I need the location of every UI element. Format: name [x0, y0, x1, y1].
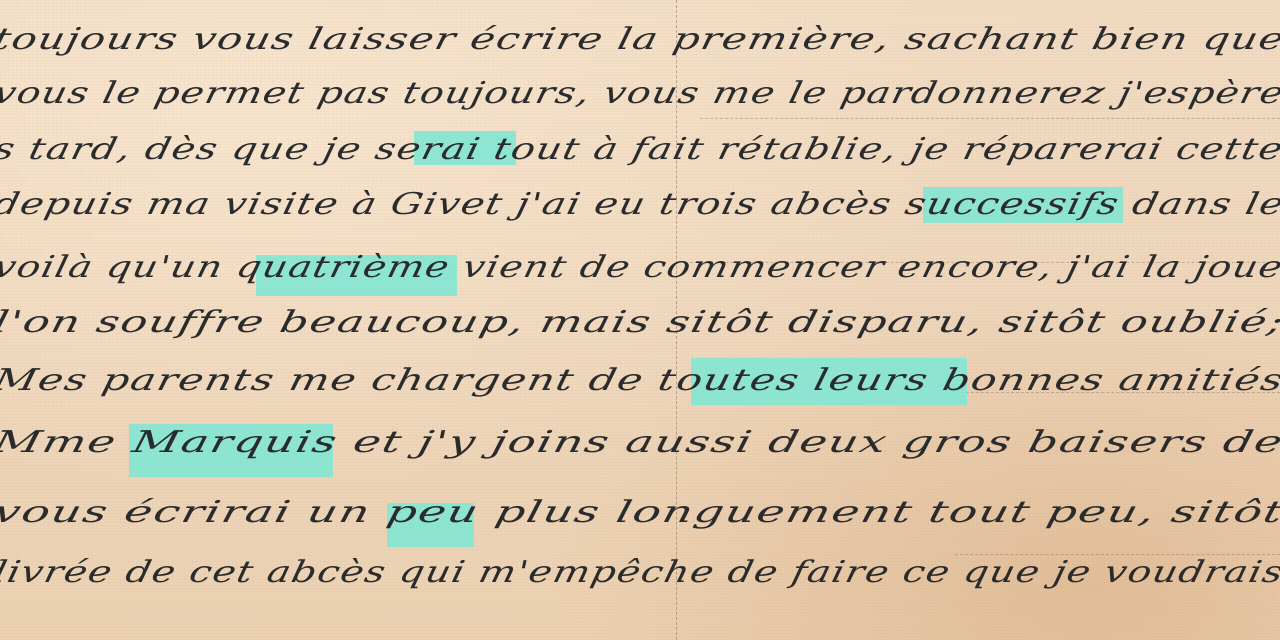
handwritten-line: depuis ma visite à Givet j'ai eu trois a…: [0, 187, 1280, 222]
handwritten-line: vous écrirai un peu plus longuement tout…: [0, 495, 1280, 530]
handwritten-line: toujours vous laisser écrire la première…: [0, 22, 1280, 57]
handwritten-line: Mme Marquis et j'y joins aussi deux gros…: [0, 425, 1280, 460]
handwritten-line: l'on souffre beaucoup, mais sitôt dispar…: [0, 305, 1280, 340]
handwritten-line: livrée de cet abcès qui m'empêche de fai…: [0, 555, 1280, 590]
handwritten-line: Mes parents me chargent de toutes leurs …: [0, 363, 1280, 398]
handwritten-line: s tard, dès que je serai tout à fait rét…: [0, 132, 1280, 167]
faded-ruled-line: [700, 118, 1280, 119]
handwritten-line: vous le permet pas toujours, vous me le …: [0, 76, 1280, 111]
handwritten-line: voilà qu'un quatrième vient de commencer…: [0, 250, 1280, 285]
